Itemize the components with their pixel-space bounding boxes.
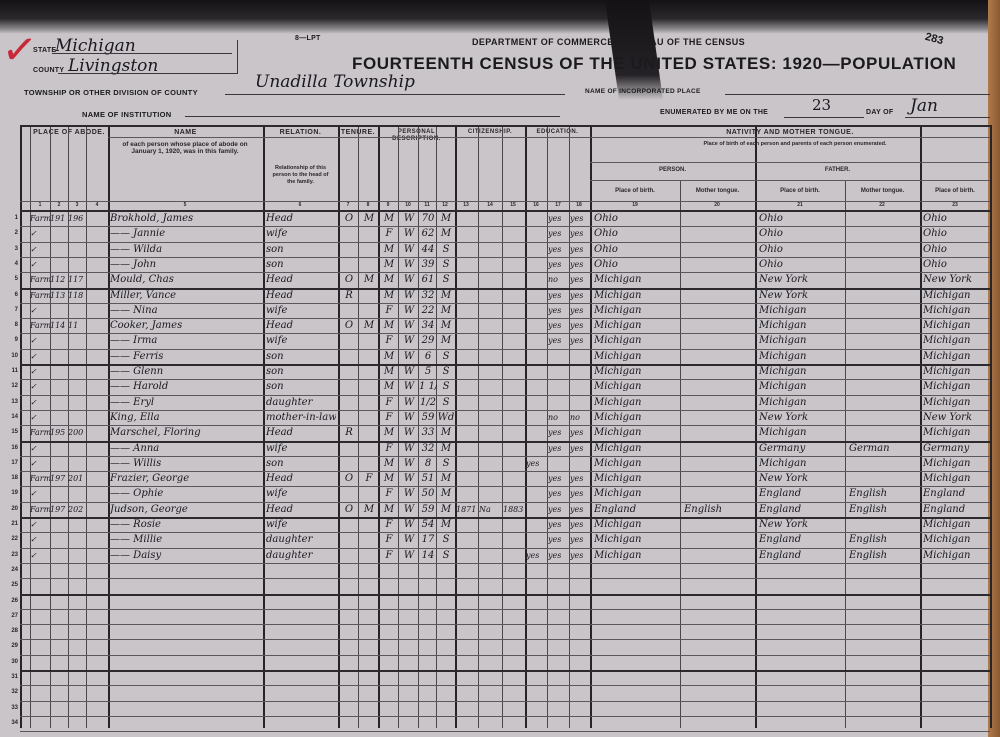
cell-sex: F (380, 333, 398, 348)
cell-age: 1/2 (419, 395, 437, 410)
table-row: 34 (20, 716, 990, 731)
cell-relation: son (266, 379, 336, 394)
cell-mother-birthplace: Ohio (923, 211, 990, 226)
cell-home: O (340, 318, 358, 333)
cell-street: ✓ (30, 517, 50, 532)
cell-age: 34 (419, 318, 437, 333)
cell-home: O (340, 211, 358, 226)
cell-mother-birthplace: Michigan (923, 349, 990, 364)
cell-name: Marschel, Floring (110, 425, 262, 440)
cell-read: yes (548, 242, 569, 257)
cell-marital: M (437, 471, 455, 486)
cell-race: W (400, 242, 418, 257)
township-value: Unadilla Township (255, 72, 415, 92)
cell-sex: M (380, 364, 398, 379)
grid-column-line (990, 125, 992, 728)
line-number: 2 (6, 230, 18, 236)
cell-marital: M (437, 211, 455, 226)
header-education: EDUCATION. (525, 129, 590, 136)
cell-marital: S (437, 272, 455, 287)
cell-birthplace: Michigan (594, 303, 680, 318)
cell-race: W (400, 303, 418, 318)
cell-age: 32 (419, 441, 437, 456)
cell-birthplace: Michigan (594, 318, 680, 333)
table-row: 31 (20, 670, 990, 685)
cell-school: yes (526, 456, 547, 471)
table-row: 22✓—— MilliedaughterFW17SyesyesMichiganE… (20, 532, 990, 547)
cell-father-birthplace: Michigan (759, 379, 845, 394)
cell-read: yes (548, 471, 569, 486)
cell-name: —— Irma (110, 333, 262, 348)
cell-street: Farm (30, 211, 50, 226)
cell-marital: S (437, 379, 455, 394)
cell-race: W (400, 410, 418, 425)
table-row: 25 (20, 578, 990, 593)
cell-mortgage: M (360, 502, 378, 517)
grid-header-line (590, 162, 990, 163)
census-table: PLACE OF ABODE. NAME of each person whos… (20, 125, 990, 728)
cell-birthplace: Michigan (594, 364, 680, 379)
column-number: 23 (949, 202, 961, 208)
cell-immigration: 1871 (456, 502, 478, 517)
cell-sex: F (380, 441, 398, 456)
cell-street: ✓ (30, 486, 50, 501)
cell-father-birthplace: Ohio (759, 242, 845, 257)
cell-mother-birthplace: Michigan (923, 333, 990, 348)
column-number: 2 (53, 202, 65, 208)
line-number: 19 (6, 490, 18, 496)
incorporated-place-label: NAME OF INCORPORATED PLACE (585, 88, 701, 95)
cell-home: R (340, 288, 358, 303)
cell-marital: S (437, 242, 455, 257)
cell-home: R (340, 425, 358, 440)
line-number: 14 (6, 414, 18, 420)
cell-mother-birthplace: Michigan (923, 288, 990, 303)
line-number: 30 (6, 659, 18, 665)
cell-race: W (400, 517, 418, 532)
cell-race: W (400, 486, 418, 501)
cell-street: ✓ (30, 548, 50, 563)
cell-father-birthplace: Germany (759, 441, 845, 456)
cell-name: —— Millie (110, 532, 262, 547)
line-number: 18 (6, 475, 18, 481)
table-row: 16✓—— AnnawifeFW32MyesyesMichiganGermany… (20, 441, 990, 456)
cell-sex: F (380, 303, 398, 318)
cell-relation: wife (266, 333, 336, 348)
cell-mother-birthplace: Germany (923, 441, 990, 456)
grid-header-line (108, 137, 990, 138)
cell-dwelling: 197 (50, 471, 68, 486)
cell-mother-birthplace: Michigan (923, 517, 990, 532)
dark-scan-border (0, 0, 1000, 34)
cell-read: yes (548, 486, 569, 501)
cell-read: yes (548, 318, 569, 333)
cell-relation: wife (266, 226, 336, 241)
cell-relation: daughter (266, 548, 336, 563)
cell-write: yes (570, 502, 590, 517)
cell-street: ✓ (30, 395, 50, 410)
enumerated-day: 23 (812, 96, 831, 114)
line-number: 10 (6, 353, 18, 359)
column-number: 14 (484, 202, 496, 208)
cell-mortgage: M (360, 272, 378, 287)
cell-race: W (400, 441, 418, 456)
cell-sex: F (380, 226, 398, 241)
line-number: 23 (6, 552, 18, 558)
line-number: 20 (6, 506, 18, 512)
table-row: 15Farm195200Marschel, FloringHeadRMW33My… (20, 425, 990, 440)
cell-read: yes (548, 548, 569, 563)
cell-sex: M (380, 242, 398, 257)
cell-dwelling: 195 (50, 425, 68, 440)
cell-race: W (400, 425, 418, 440)
cell-sex: M (380, 456, 398, 471)
cell-mother-birthplace: Michigan (923, 532, 990, 547)
cell-birthplace: Michigan (594, 486, 680, 501)
cell-dwelling: 114 (50, 318, 68, 333)
cell-sex: M (380, 288, 398, 303)
cell-marital: M (437, 441, 455, 456)
cell-naturalization-year: 1883 (503, 502, 525, 517)
cell-name: Brokhold, James (110, 211, 262, 226)
cell-birthplace: Michigan (594, 456, 680, 471)
cell-race: W (400, 318, 418, 333)
cell-name: —— Eryl (110, 395, 262, 410)
header-person: PERSON. (590, 167, 755, 174)
cell-mother-birthplace: Ohio (923, 226, 990, 241)
cell-read: yes (548, 441, 569, 456)
cell-race: W (400, 333, 418, 348)
department-heading: DEPARTMENT OF COMMERCE—BUREAU OF THE CEN… (472, 37, 745, 47)
cell-street: Farm (30, 471, 50, 486)
cell-relation: son (266, 349, 336, 364)
cell-age: 59 (419, 410, 437, 425)
line-number: 26 (6, 598, 18, 604)
line-number: 27 (6, 613, 18, 619)
column-number: 18 (573, 202, 585, 208)
cell-home: O (340, 272, 358, 287)
cell-name: —— Ferris (110, 349, 262, 364)
cell-birthplace: Michigan (594, 395, 680, 410)
line-number: 24 (6, 567, 18, 573)
cell-birthplace: Michigan (594, 333, 680, 348)
cell-street: ✓ (30, 242, 50, 257)
line-number: 25 (6, 582, 18, 588)
cell-race: W (400, 548, 418, 563)
day-of-label: DAY OF (866, 109, 893, 116)
cell-write: yes (570, 211, 590, 226)
cell-write: yes (570, 333, 590, 348)
cell-marital: M (437, 288, 455, 303)
cell-mother-birthplace: New York (923, 410, 990, 425)
cell-age: 5 (419, 364, 437, 379)
cell-birthplace: Michigan (594, 272, 680, 287)
cell-father-birthplace: Michigan (759, 303, 845, 318)
header-relation: RELATION. (263, 129, 338, 136)
column-number: 19 (629, 202, 641, 208)
cell-read: yes (548, 303, 569, 318)
cell-name: Miller, Vance (110, 288, 262, 303)
header-mother-birthplace: Place of birth. (920, 188, 990, 195)
table-row: 26 (20, 594, 990, 609)
cell-write: yes (570, 257, 590, 272)
cell-dwelling: 197 (50, 502, 68, 517)
cell-father-birthplace: Michigan (759, 425, 845, 440)
column-number: 11 (421, 202, 433, 208)
cell-street: Farm (30, 288, 50, 303)
cell-birthplace: Ohio (594, 226, 680, 241)
cell-street: ✓ (30, 349, 50, 364)
table-row: 21✓—— RosiewifeFW54MyesyesMichiganNew Yo… (20, 517, 990, 532)
cell-street: ✓ (30, 456, 50, 471)
cell-relation: Head (266, 425, 336, 440)
column-number: 22 (876, 202, 888, 208)
cell-sex: F (380, 548, 398, 563)
cell-relation: Head (266, 288, 336, 303)
cell-birthplace: Ohio (594, 242, 680, 257)
form-id: 8—LPT (295, 35, 321, 42)
cell-race: W (400, 502, 418, 517)
cell-sex: F (380, 517, 398, 532)
cell-sex: F (380, 486, 398, 501)
table-row: 1Farm191196Brokhold, JamesHeadOMMW70Myes… (20, 211, 990, 226)
cell-write: yes (570, 318, 590, 333)
cell-sex: M (380, 272, 398, 287)
cell-sex: M (380, 211, 398, 226)
column-number: 12 (439, 202, 451, 208)
table-row: 2✓—— JanniewifeFW62MyesyesOhioOhioOhio (20, 226, 990, 241)
cell-street: ✓ (30, 303, 50, 318)
cell-age: 14 (419, 548, 437, 563)
cell-age: 61 (419, 272, 437, 287)
cell-father-birthplace: Michigan (759, 318, 845, 333)
line-number: 3 (6, 246, 18, 252)
cell-mother-birthplace: New York (923, 272, 990, 287)
cell-street: Farm (30, 318, 50, 333)
cell-dwelling: 113 (50, 288, 68, 303)
column-number: 21 (794, 202, 806, 208)
line-number: 12 (6, 383, 18, 389)
column-number: 7 (342, 202, 354, 208)
grid-header-line (590, 180, 990, 181)
table-row: 4✓—— JohnsonMW39SyesyesOhioOhioOhio (20, 257, 990, 272)
cell-write: yes (570, 486, 590, 501)
cell-write: yes (570, 425, 590, 440)
cell-family: 202 (68, 502, 86, 517)
cell-race: W (400, 211, 418, 226)
line-number: 21 (6, 521, 18, 527)
cell-father-tongue: English (849, 486, 919, 501)
cell-father-birthplace: Michigan (759, 349, 845, 364)
cell-family: 117 (68, 272, 86, 287)
cell-mother-birthplace: Michigan (923, 318, 990, 333)
cell-relation: wife (266, 303, 336, 318)
cell-write: yes (570, 441, 590, 456)
cell-race: W (400, 288, 418, 303)
column-number: 20 (711, 202, 723, 208)
cell-father-birthplace: England (759, 486, 845, 501)
cell-home: O (340, 471, 358, 486)
cell-name: —— Rosie (110, 517, 262, 532)
table-row: 14✓King, Ellamother-in-lawFW59WdnonoMich… (20, 410, 990, 425)
cell-birthplace: Michigan (594, 349, 680, 364)
line-number: 8 (6, 322, 18, 328)
header-father-birthplace: Place of birth. (755, 188, 845, 195)
cell-mother-birthplace: England (923, 502, 990, 517)
cell-street: ✓ (30, 532, 50, 547)
header-place-of-abode: PLACE OF ABODE. (30, 129, 108, 136)
cell-write: yes (570, 548, 590, 563)
line-number: 29 (6, 643, 18, 649)
cell-dwelling: 112 (50, 272, 68, 287)
cell-age: 6 (419, 349, 437, 364)
cell-mother-birthplace: Michigan (923, 395, 990, 410)
cell-read: yes (548, 425, 569, 440)
line-number: 28 (6, 628, 18, 634)
cell-mother-birthplace: Michigan (923, 379, 990, 394)
grid-row-line (20, 731, 990, 732)
cell-mortgage: M (360, 318, 378, 333)
cell-age: 32 (419, 288, 437, 303)
grid-header-line (20, 201, 990, 202)
cell-age: 17 (419, 532, 437, 547)
header-name: NAME (108, 129, 263, 136)
cell-mother-birthplace: Ohio (923, 257, 990, 272)
table-row: 9✓—— IrmawifeFW29MyesyesMichiganMichigan… (20, 333, 990, 348)
header-citizenship: CITIZENSHIP. (455, 129, 525, 136)
cell-marital: S (437, 395, 455, 410)
cell-relation: Head (266, 211, 336, 226)
table-row: 24 (20, 563, 990, 578)
cell-age: 1 1/2 (419, 379, 437, 394)
cell-father-birthplace: New York (759, 471, 845, 486)
cell-name: Cooker, James (110, 318, 262, 333)
line-number: 33 (6, 705, 18, 711)
cell-sex: M (380, 471, 398, 486)
cell-relation: wife (266, 441, 336, 456)
cell-mother-birthplace: Michigan (923, 471, 990, 486)
cell-marital: M (437, 318, 455, 333)
header-person-tongue: Mother tongue. (680, 188, 755, 195)
table-row: 17✓—— WillissonMW8SyesMichiganMichiganMi… (20, 456, 990, 471)
cell-marital: S (437, 548, 455, 563)
table-row: 11✓—— GlennsonMW5SMichiganMichiganMichig… (20, 364, 990, 379)
cell-race: W (400, 471, 418, 486)
cell-father-birthplace: Michigan (759, 456, 845, 471)
cell-family: 196 (68, 211, 86, 226)
cell-read: no (548, 410, 569, 425)
table-row: 6Farm113118Miller, VanceHeadRMW32Myesyes… (20, 288, 990, 303)
cell-relation: Head (266, 318, 336, 333)
cell-sex: M (380, 425, 398, 440)
cell-father-birthplace: Ohio (759, 211, 845, 226)
cell-race: W (400, 272, 418, 287)
cell-age: 50 (419, 486, 437, 501)
line-number: 4 (6, 261, 18, 267)
cell-family: 201 (68, 471, 86, 486)
cell-age: 51 (419, 471, 437, 486)
cell-read: no (548, 272, 569, 287)
cell-read: yes (548, 288, 569, 303)
cell-mother-birthplace: Michigan (923, 456, 990, 471)
cell-birthplace: Michigan (594, 548, 680, 563)
cell-birthplace: Michigan (594, 379, 680, 394)
column-number: 3 (71, 202, 83, 208)
cell-relation: Head (266, 471, 336, 486)
cell-age: 33 (419, 425, 437, 440)
cell-sex: M (380, 318, 398, 333)
header-nativity-sub: Place of birth of each person and parent… (600, 141, 990, 148)
cell-street: Farm (30, 425, 50, 440)
cell-marital: M (437, 226, 455, 241)
line-number: 1 (6, 215, 18, 221)
table-row: 3✓—— WildasonMW44SyesyesOhioOhioOhio (20, 242, 990, 257)
cell-race: W (400, 364, 418, 379)
cell-read: yes (548, 226, 569, 241)
line-number: 15 (6, 429, 18, 435)
line-number: 17 (6, 460, 18, 466)
table-row: 29 (20, 639, 990, 654)
cell-mother-birthplace: Ohio (923, 242, 990, 257)
cell-birthplace: Michigan (594, 517, 680, 532)
cell-father-birthplace: Ohio (759, 257, 845, 272)
line-number: 9 (6, 337, 18, 343)
line-number: 16 (6, 445, 18, 451)
cell-relation: son (266, 257, 336, 272)
column-number: 17 (552, 202, 564, 208)
cell-name: —— Wilda (110, 242, 262, 257)
cell-father-birthplace: Michigan (759, 364, 845, 379)
table-row: 28 (20, 624, 990, 639)
cell-father-tongue: German (849, 441, 919, 456)
cell-birthplace: Michigan (594, 441, 680, 456)
cell-race: W (400, 456, 418, 471)
header-name-sub: of each person whose place of abode on J… (115, 141, 255, 155)
cell-relation: wife (266, 486, 336, 501)
header-relation-sub: Relationship of this person to the head … (268, 165, 333, 186)
cell-relation: Head (266, 502, 336, 517)
cell-age: 59 (419, 502, 437, 517)
cell-relation: son (266, 456, 336, 471)
cell-father-birthplace: Michigan (759, 333, 845, 348)
header-person-birthplace: Place of birth. (590, 188, 680, 195)
table-row: 27 (20, 609, 990, 624)
column-number: 9 (382, 202, 394, 208)
column-number: 15 (507, 202, 519, 208)
cell-name: Frazier, George (110, 471, 262, 486)
cell-age: 29 (419, 333, 437, 348)
cell-name: King, Ella (110, 410, 262, 425)
cell-read: yes (548, 211, 569, 226)
cell-name: Judson, George (110, 502, 262, 517)
cell-marital: M (437, 333, 455, 348)
line-number: 32 (6, 689, 18, 695)
column-number: 5 (179, 202, 191, 208)
page-title: FOURTEENTH CENSUS OF THE UNITED STATES: … (352, 54, 956, 74)
cell-father-birthplace: Ohio (759, 226, 845, 241)
cell-home: O (340, 502, 358, 517)
cell-marital: S (437, 349, 455, 364)
cell-write: yes (570, 272, 590, 287)
column-number: 16 (530, 202, 542, 208)
cell-street: ✓ (30, 441, 50, 456)
column-number: 6 (294, 202, 306, 208)
cell-street: ✓ (30, 257, 50, 272)
cell-name: —— Anna (110, 441, 262, 456)
column-number: 10 (402, 202, 414, 208)
cell-street: Farm (30, 502, 50, 517)
cell-write: yes (570, 532, 590, 547)
